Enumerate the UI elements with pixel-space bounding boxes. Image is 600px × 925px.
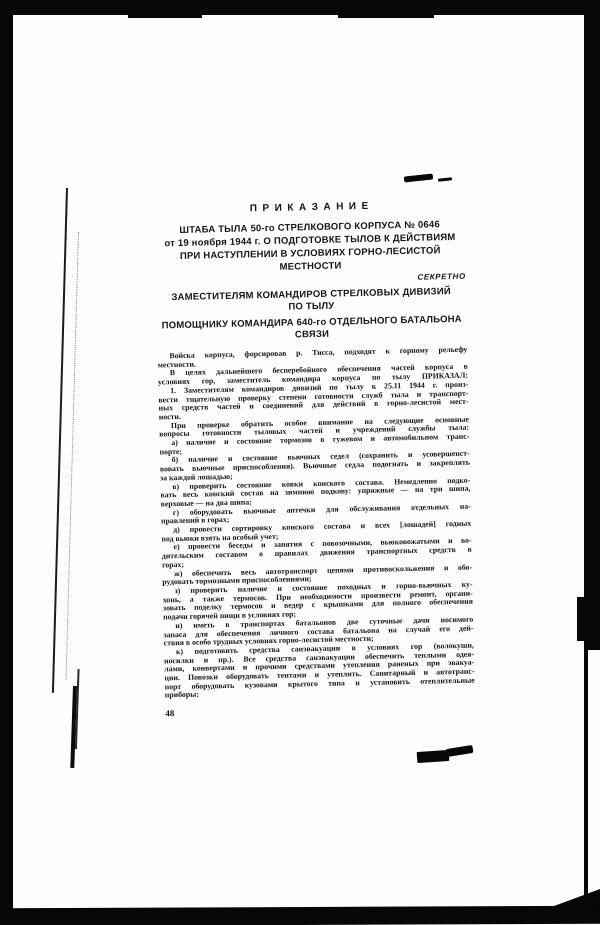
ink-dash-mark [438, 177, 452, 181]
page-number: 48 [165, 702, 475, 719]
addressee-block-deputies: ЗАМЕСТИТЕЛЯМ КОМАНДИРОВ СТРЕЛКОВЫХ ДИВИЗ… [156, 286, 466, 317]
scan-border-top-ragged-edge [128, 15, 202, 18]
scanned-document-page: { "document": { "heading": "ПРИКАЗАНИЕ",… [0, 0, 600, 925]
scan-border-top [0, 0, 600, 15]
page-spine-line [52, 188, 68, 693]
scan-border-right-thin-line [584, 648, 588, 908]
addressee-block-signal-battalion: ПОМОЩНИКУ КОМАНДИРА 640-го ОТДЕЛЬНОГО БА… [157, 314, 467, 345]
page-spine-dotted-line [65, 232, 79, 680]
page-spine-line-rough [70, 686, 77, 768]
document-heading: ПРИКАЗАНИЕ [154, 199, 464, 217]
ink-dash-mark [404, 174, 433, 183]
ink-blob-mark [417, 750, 450, 763]
scan-corner-wedge [546, 889, 600, 909]
scan-border-right-blob [577, 597, 586, 641]
scan-border-bottom [0, 906, 600, 925]
document-content: ПРИКАЗАНИЕ ШТАБА ТЫЛА 50-го СТРЕЛКОВОГО … [154, 193, 475, 719]
ink-blob-mark [446, 745, 474, 757]
scan-border-left [0, 0, 13, 925]
scan-border-top-ragged-edge [338, 15, 434, 18]
scan-border-right [584, 0, 600, 650]
document-title: ШТАБА ТЫЛА 50-го СТРЕЛКОВОГО КОРПУСА № 0… [155, 218, 466, 277]
document-body: Войска корпуса, форсировав р. Тисса, под… [157, 346, 475, 701]
